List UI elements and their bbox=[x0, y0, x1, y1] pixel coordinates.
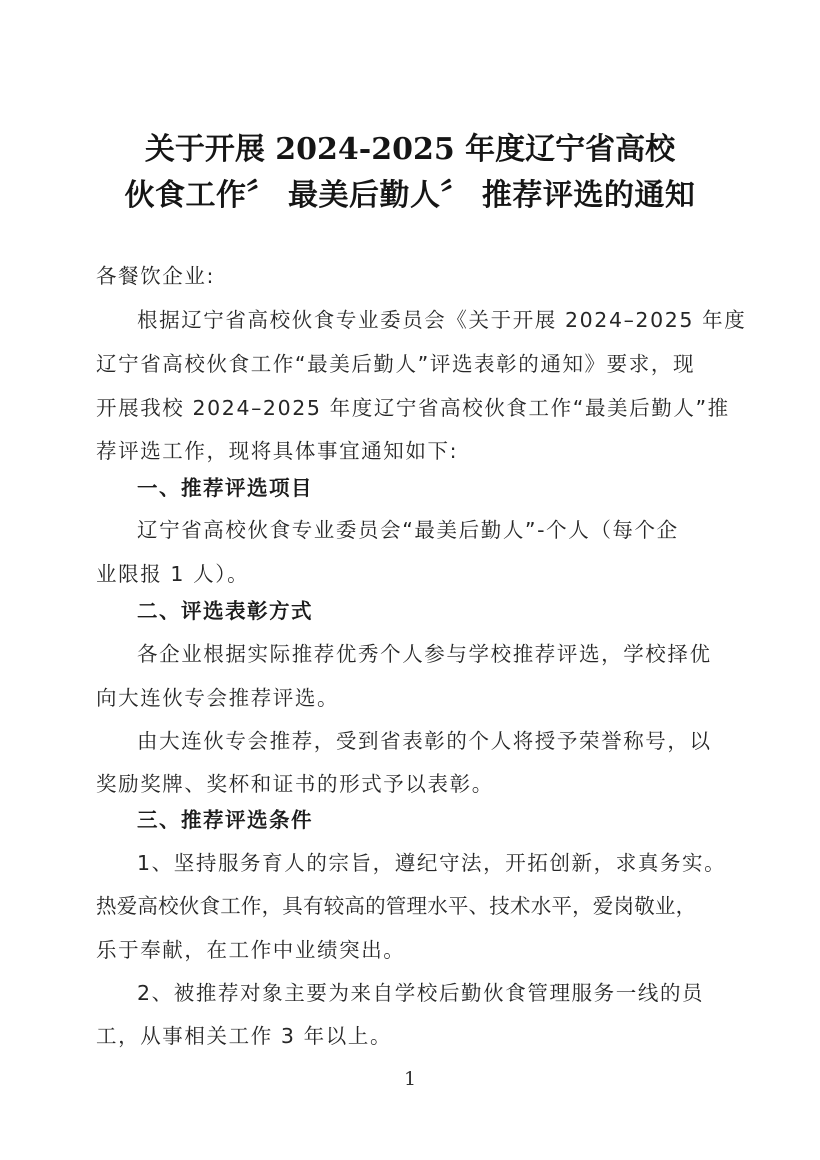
intro-line-3: 开展我校 2024–2025 年度辽宁省高校伙食工作“最美后勤人”推 bbox=[96, 394, 730, 422]
section-3-line-4: 2、被推荐对象主要为来自学校后勤伙食管理服务一线的员 bbox=[137, 979, 704, 1007]
section-2-line-2: 向大连伙专会推荐评选。 bbox=[96, 684, 339, 712]
intro-line-2: 辽宁省高校伙食工作“最美后勤人”评选表彰的通知》要求，现 bbox=[96, 350, 695, 378]
document-page: 关于开展 2024-2025 年度辽宁省高校 伙食工作〞 最美后勤人〞 推荐评选… bbox=[0, 0, 820, 1160]
section-1-line-2: 业限报 1 人）。 bbox=[96, 560, 249, 588]
salutation: 各餐饮企业: bbox=[96, 262, 215, 290]
section-1-line-1: 辽宁省高校伙食专业委员会“最美后勤人”-个人（每个企 bbox=[137, 516, 679, 544]
section-2-heading: 二、评选表彰方式 bbox=[137, 597, 313, 625]
section-3-line-5: 工，从事相关工作 3 年以上。 bbox=[96, 1022, 392, 1050]
section-2-line-1: 各企业根据实际推荐优秀个人参与学校推荐评选，学校择优 bbox=[137, 640, 712, 668]
section-3-line-1: 1、坚持服务育人的宗旨，遵纪守法，开拓创新，求真务实。 bbox=[137, 849, 726, 877]
section-2-line-3: 由大连伙专会推荐，受到省表彰的个人将授予荣誉称号，以 bbox=[137, 727, 712, 755]
section-3-line-3: 乐于奉献，在工作中业绩突出。 bbox=[96, 936, 405, 964]
intro-line-4: 荐评选工作，现将具体事宜通知如下: bbox=[96, 437, 458, 465]
intro-line-1: 根据辽宁省高校伙食专业委员会《关于开展 2024–2025 年度 bbox=[137, 306, 746, 334]
section-1-heading: 一、推荐评选项目 bbox=[137, 474, 313, 502]
page-number: 1 bbox=[0, 1068, 820, 1090]
section-3-heading: 三、推荐评选条件 bbox=[137, 806, 313, 834]
document-title-line-1: 关于开展 2024-2025 年度辽宁省高校 bbox=[0, 124, 820, 168]
section-2-line-4: 奖励奖牌、奖杯和证书的形式予以表彰。 bbox=[96, 770, 494, 798]
document-title-line-2: 伙食工作〞 最美后勤人〞 推荐评选的通知 bbox=[0, 170, 820, 214]
section-3-line-2: 热爱高校伙食工作，具有较高的管理水平、技术水平，爱岗敬业， bbox=[96, 892, 696, 920]
